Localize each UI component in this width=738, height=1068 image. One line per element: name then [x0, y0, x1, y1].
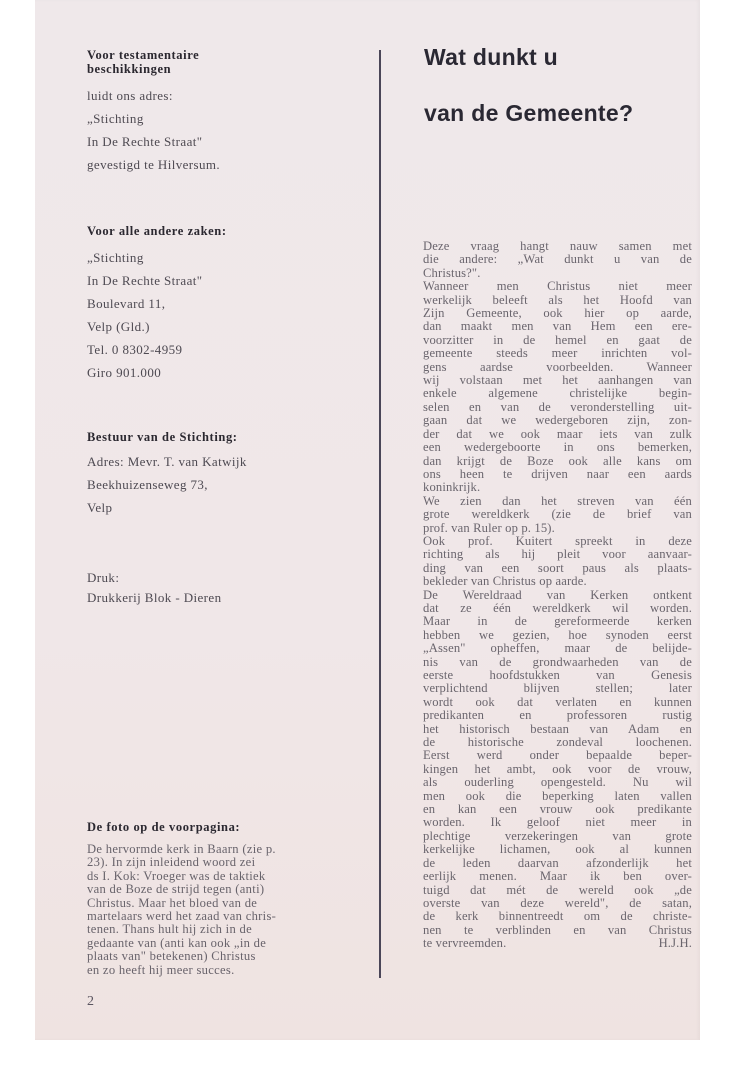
article-line: De Wereldraad van Kerken ontkent [423, 589, 692, 602]
article-line: Christus?". [423, 267, 692, 280]
article-line: plechtige verzekeringen van grote [423, 830, 692, 843]
address-line: Velp [87, 496, 377, 519]
article-final-text: te vervreemden. [423, 937, 506, 950]
article-line: voorzitter in de hemel en gaat de [423, 334, 692, 347]
article-line: men ook die beperking laten vallen [423, 790, 692, 803]
article-line: enkele algemene christelijke begin- [423, 387, 692, 400]
article-line: selen en van de veronderstelling uit- [423, 401, 692, 414]
cover-photo-section: De foto op de voorpagina: De hervormde k… [87, 820, 377, 977]
other-matters-address: „StichtingIn De Rechte Straat"Boulevard … [87, 246, 377, 384]
article-line: nis van de grondwaarheden van de [423, 656, 692, 669]
article-line: Deze vraag hangt nauw samen met [423, 240, 692, 253]
article-line: prof. van Ruler op p. 15). [423, 522, 692, 535]
caption-line: De hervormde kerk in Baarn (zie p. [87, 843, 377, 856]
printer-name: Drukkerij Blok - Dieren [87, 588, 377, 608]
article-line: der dat we ook maar iets van zulk [423, 428, 692, 441]
other-matters-section: Voor alle andere zaken: „StichtingIn De … [87, 224, 377, 384]
article-line: ding van een soort paus als plaats- [423, 562, 692, 575]
article-line: verplichtend blijven stellen; later [423, 682, 692, 695]
address-line: Velp (Gld.) [87, 315, 377, 338]
article-line: Ook prof. Kuitert spreekt in deze [423, 535, 692, 548]
board-address: Adres: Mevr. T. van KatwijkBeekhuizensew… [87, 450, 377, 519]
article-line: een wedergeboorte in ons bemerken, [423, 441, 692, 454]
address-line: luidt ons adres: [87, 84, 377, 107]
address-line: Giro 901.000 [87, 361, 377, 384]
article-line: gens aardse voorbeelden. Wanneer [423, 361, 692, 374]
article-line: Eerst werd onder bepaalde beper- [423, 749, 692, 762]
article-line: Maar in de gereformeerde kerken [423, 615, 692, 628]
magazine-page: Voor testamentaire beschikkingen luidt o… [35, 0, 700, 1040]
article-line: die andere: „Wat dunkt u van de [423, 253, 692, 266]
caption-line: en zo heeft hij meer succes. [87, 964, 377, 977]
article-line: koninkrijk. [423, 481, 692, 494]
article-line: dan krijgt de Boze ook alle kans om [423, 455, 692, 468]
caption-line: martelaars werd het zaad van chris- [87, 910, 377, 923]
article-line: Zijn Gemeente, ook hier op aarde, [423, 307, 692, 320]
article-title-line1: Wat dunkt u [424, 44, 558, 70]
testament-heading-line1: Voor testamentaire [87, 48, 199, 62]
address-line: Tel. 0 8302-4959 [87, 338, 377, 361]
board-heading: Bestuur van de Stichting: [87, 430, 377, 444]
address-line: Adres: Mevr. T. van Katwijk [87, 450, 377, 473]
caption-line: ds I. Kok: Vroeger was de taktiek [87, 870, 377, 883]
article-line: overste van deze wereld", de satan, [423, 897, 692, 910]
address-line: Beekhuizenseweg 73, [87, 473, 377, 496]
other-matters-heading: Voor alle andere zaken: [87, 224, 377, 238]
article-line: „Assen" opheffen, maar de belijde- [423, 642, 692, 655]
address-line: Boulevard 11, [87, 292, 377, 315]
article-line: kingen het ambt, ook voor de vrouw, [423, 763, 692, 776]
article-line: de historische zondeval loochenen. [423, 736, 692, 749]
article-line: werkelijk beleeft als het Hoofd van [423, 294, 692, 307]
article-line: wij volstaan met het aanhangen van [423, 374, 692, 387]
article-line: de leden daarvan afzonderlijk het [423, 857, 692, 870]
cover-photo-heading: De foto op de voorpagina: [87, 820, 377, 834]
article-line: tuigd dat mét de wereld ook „de [423, 884, 692, 897]
testament-section: Voor testamentaire beschikkingen luidt o… [87, 48, 377, 176]
article-line: richting als hij pleit voor aanvaar- [423, 548, 692, 561]
testament-heading: Voor testamentaire beschikkingen [87, 48, 377, 76]
caption-line: Christus. Maar het bloed van de [87, 897, 377, 910]
page-number: 2 [87, 994, 94, 1010]
article-line: het historisch bestaan van Adam en [423, 723, 692, 736]
article-line: We zien dan het streven van één [423, 495, 692, 508]
cover-photo-caption: De hervormde kerk in Baarn (zie p.23). I… [87, 843, 377, 977]
article-line: eerste hoofdstukken van Genesis [423, 669, 692, 682]
address-line: In De Rechte Straat" [87, 130, 377, 153]
article-title-line2: van de Gemeente? [424, 102, 633, 125]
article-line: worden. Ik geloof niet meer in [423, 816, 692, 829]
address-line: „Stichting [87, 246, 377, 269]
testament-heading-line2: beschikkingen [87, 62, 171, 76]
testament-address: luidt ons adres:„StichtingIn De Rechte S… [87, 84, 377, 176]
caption-line: tenen. Thans hult hij zich in de [87, 923, 377, 936]
article-line: nen te verblinden en van Christus [423, 924, 692, 937]
article-closing-line: te vervreemden.H.J.H. [423, 937, 692, 950]
author-signature: H.J.H. [659, 937, 692, 950]
printer-label: Druk: [87, 568, 377, 588]
article-line: kerkelijke lichamen, ook al kunnen [423, 843, 692, 856]
article-line: als ouderling opengesteld. Nu wil [423, 776, 692, 789]
article-line: predikanten en professoren rustig [423, 709, 692, 722]
article-line: Wanneer men Christus niet meer [423, 280, 692, 293]
article-line: wordt ook dat verlaten en kunnen [423, 696, 692, 709]
article-line: en kan een vrouw ook predikante [423, 803, 692, 816]
article-line: ons heen te drijven naar een aards [423, 468, 692, 481]
caption-line: plaats van" betekenen) Christus [87, 950, 377, 963]
article-line: gaan dat we wedergeboren zijn, zon- [423, 414, 692, 427]
caption-line: gedaante van (anti kan ook „in de [87, 937, 377, 950]
article-line: bekleder van Christus op aarde. [423, 575, 692, 588]
article-line: dat ze één wereldkerk wil worden. [423, 602, 692, 615]
article-title: Wat dunkt u van de Gemeente? [424, 46, 633, 125]
printer-section: Druk: Drukkerij Blok - Dieren [87, 568, 377, 608]
board-section: Bestuur van de Stichting: Adres: Mevr. T… [87, 430, 377, 519]
article-body: Deze vraag hangt nauw samen metdie ander… [423, 240, 692, 951]
address-line: gevestigd te Hilversum. [87, 153, 377, 176]
article-line: eerlijk menen. Maar ik ben over- [423, 870, 692, 883]
article-line: dan maakt men van Hem een ere- [423, 320, 692, 333]
article-line: de kerk binnentreedt om de christe- [423, 910, 692, 923]
address-line: „Stichting [87, 107, 377, 130]
caption-line: 23). In zijn inleidend woord zei [87, 856, 377, 869]
address-line: In De Rechte Straat" [87, 269, 377, 292]
article-line: grote wereldkerk (zie de brief van [423, 508, 692, 521]
caption-line: van de Boze de strijd tegen (anti) [87, 883, 377, 896]
column-divider [379, 50, 381, 978]
article-line: gemeente steeds meer inrichten vol- [423, 347, 692, 360]
article-line: hebben we gezien, hoe synoden eerst [423, 629, 692, 642]
